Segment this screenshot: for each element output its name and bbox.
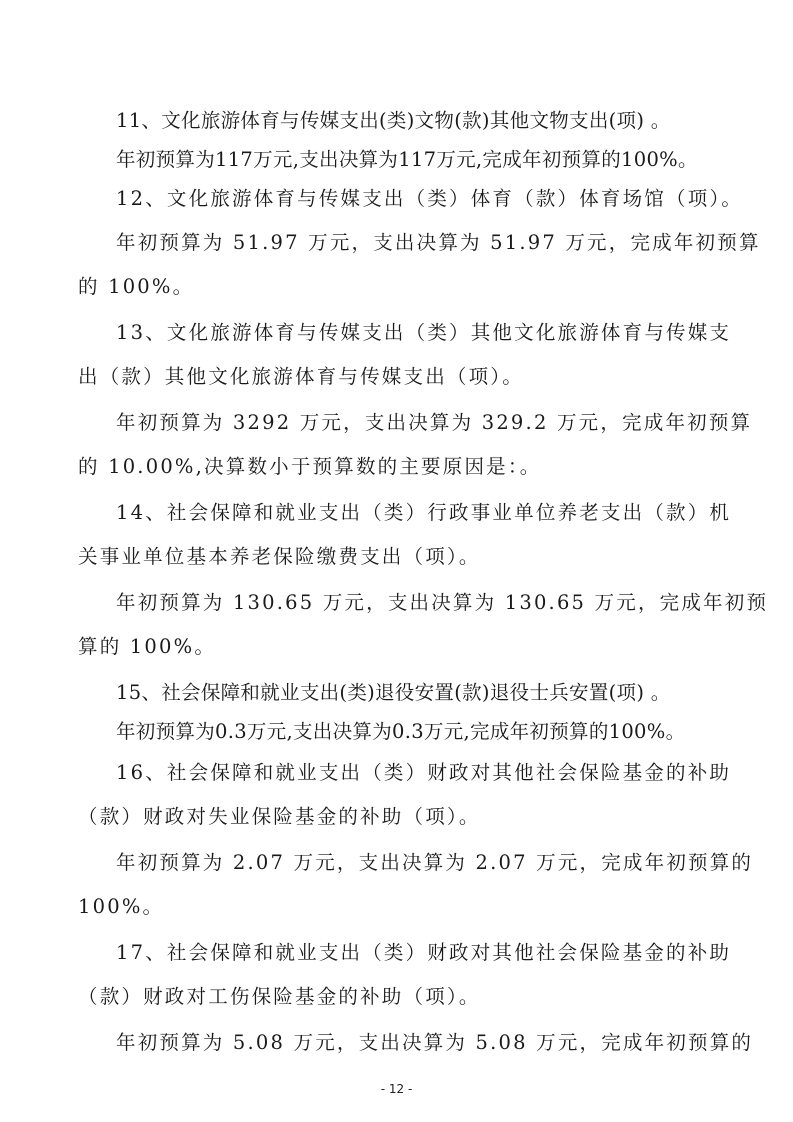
item-15-detail: 年初预算为0.3万元,支出决算为0.3万元,完成年初预算的100%。: [116, 717, 766, 747]
item-14-detail-cont: 算的 100%。: [78, 632, 728, 662]
item-13-detail-cont: 的 10.00%,决算数小于预算数的主要原因是：。: [78, 452, 728, 482]
item-14-detail: 年初预算为 130.65 万元，支出决算为 130.65 万元，完成年初预: [116, 588, 766, 618]
item-16-heading: 16、社会保障和就业支出（类）财政对其他社会保险基金的补助: [116, 758, 766, 788]
item-16-heading-cont: （款）财政对失业保险基金的补助（项）。: [78, 802, 728, 832]
item-13-detail: 年初预算为 3292 万元，支出决算为 329.2 万元，完成年初预算: [116, 408, 766, 438]
item-17-heading: 17、社会保障和就业支出（类）财政对其他社会保险基金的补助: [116, 938, 766, 968]
item-14-heading-cont: 关事业单位基本养老保险缴费支出（项）。: [78, 542, 728, 572]
item-17-detail: 年初预算为 5.08 万元，支出决算为 5.08 万元，完成年初预算的: [116, 1028, 766, 1058]
item-11-detail: 年初预算为117万元,支出决算为117万元,完成年初预算的100%。: [116, 145, 766, 175]
item-14-heading: 14、社会保障和就业支出（类）行政事业单位养老支出（款）机: [116, 498, 766, 528]
item-17-heading-cont: （款）财政对工伤保险基金的补助（项）。: [78, 982, 728, 1012]
page-number: - 12 -: [0, 1082, 793, 1096]
item-13-heading: 13、文化旅游体育与传媒支出（类）其他文化旅游体育与传媒支: [116, 318, 766, 348]
item-13-heading-cont: 出（款）其他文化旅游体育与传媒支出（项）。: [78, 362, 728, 392]
document-page: 11、文化旅游体育与传媒支出(类)文物(款)其他文物支出(项) 。 年初预算为1…: [0, 0, 793, 1122]
item-12-detail: 年初预算为 51.97 万元，支出决算为 51.97 万元，完成年初预算: [116, 228, 766, 258]
item-11-heading: 11、文化旅游体育与传媒支出(类)文物(款)其他文物支出(项) 。: [116, 106, 766, 136]
item-16-detail-cont: 100%。: [78, 892, 728, 922]
item-16-detail: 年初预算为 2.07 万元，支出决算为 2.07 万元，完成年初预算的: [116, 848, 766, 878]
item-12-heading: 12、文化旅游体育与传媒支出（类）体育（款）体育场馆（项）。: [116, 184, 766, 214]
item-15-heading: 15、社会保障和就业支出(类)退役安置(款)退役士兵安置(项) 。: [116, 678, 766, 708]
item-12-detail-cont: 的 100%。: [78, 272, 728, 302]
